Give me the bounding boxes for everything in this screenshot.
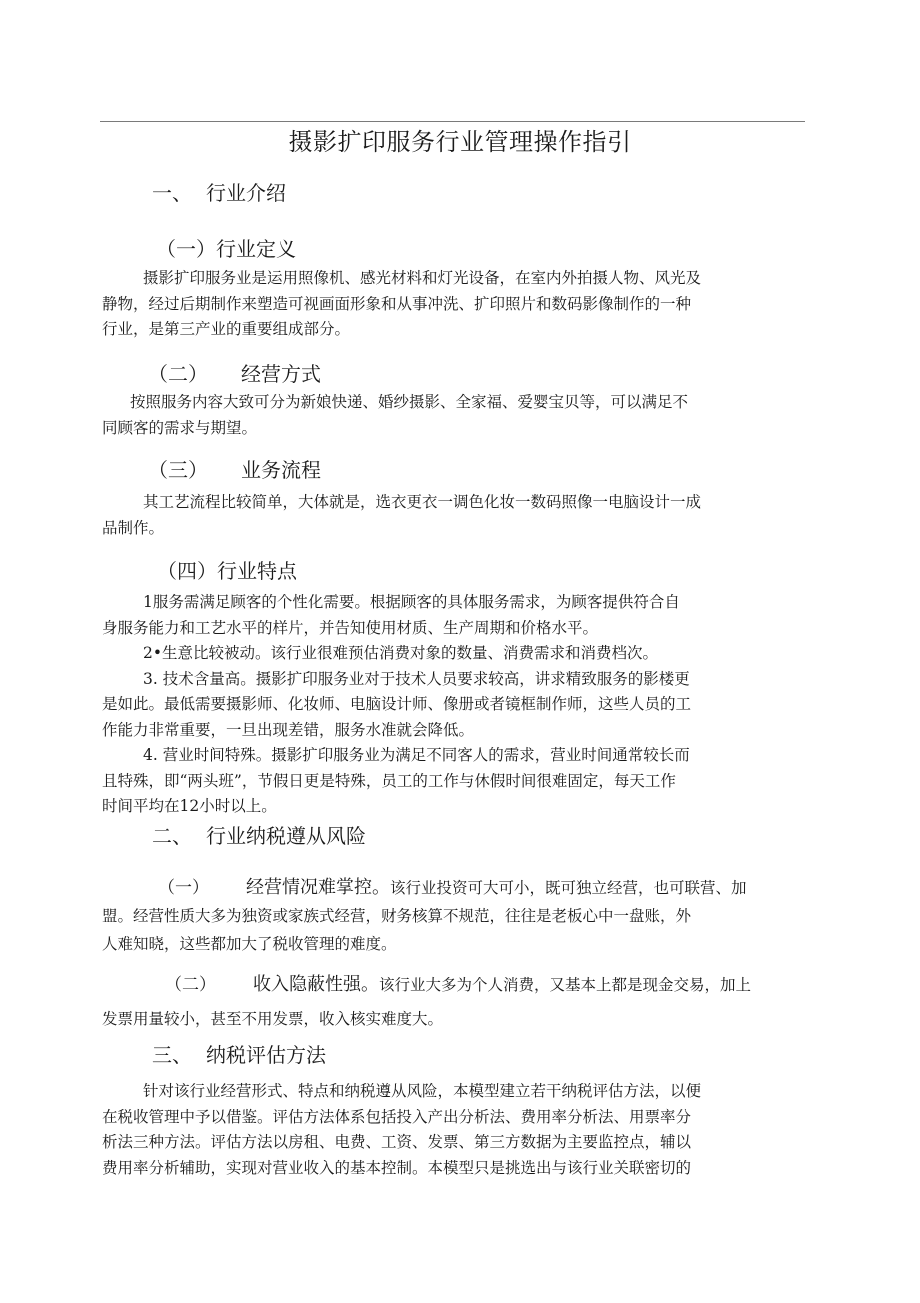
text-line: （一）经营情况难掌控。该行业投资可大可小，既可独立经营，也可联营、加 xyxy=(102,874,747,902)
feature-item-4-line: 时间平均在12小时以上。 xyxy=(102,794,691,820)
paragraph-risk-income: （二）收入隐蔽性强。该行业大多为个人消费，又基本上都是现金交易，加上 发票用量较… xyxy=(102,968,751,1036)
subsection-title: 经营方式 xyxy=(241,362,321,386)
feature-item-4-line: 且特殊，即“两头班”，节假日更是特殊，员工的工作与休假时间很难固定，每天工作 xyxy=(102,769,691,795)
section-title: 行业纳税遵从风险 xyxy=(206,824,366,848)
section-number: 二、 xyxy=(152,822,206,850)
subsection-number: （一） xyxy=(156,235,216,263)
text-line: 品制作。 xyxy=(102,516,701,542)
subsection-title: 业务流程 xyxy=(241,458,321,482)
feature-item-2-line: 2•生意比较被动。该行业很难预估消费对象的数量、消费需求和消费档次。 xyxy=(102,641,691,667)
text-line: 其工艺流程比较简单，大体就是，选衣更衣一调色化妆一数码照像一电脑设计一成 xyxy=(102,490,701,516)
subsection-number: （一） xyxy=(158,874,246,902)
section-number: 一、 xyxy=(152,179,206,207)
subsection-1-2-heading: （二）经营方式 xyxy=(148,360,321,388)
section-number: 三、 xyxy=(152,1041,206,1069)
paragraph-risk-operation: （一）经营情况难掌控。该行业投资可大可小，既可独立经营，也可联营、加 盟。经营性… xyxy=(102,874,747,958)
feature-item-3-line: 是如此。最低需要摄影师、化妆师、电脑设计师、像册或者镜框制作师，这些人员的工 xyxy=(102,692,691,718)
feature-item-1-line: 1服务需满足顾客的个性化需要。根据顾客的具体服务需求，为顾客提供符合自 xyxy=(102,590,691,616)
text-line: 费用率分析辅助，实现对营业收入的基本控制。本模型只是挑选出与该行业关联密切的 xyxy=(102,1156,701,1182)
page-top-rule xyxy=(100,121,805,122)
feature-item-3-line: 作能力非常重要，一旦出现差错，服务水准就会降低。 xyxy=(102,718,691,744)
feature-item-1-line: 身服务能力和工艺水平的样片，并告知使用材质、生产周期和价格水平。 xyxy=(102,616,691,642)
paragraph-business-mode: 按照服务内容大致可分为新娘快递、婚纱摄影、全家福、爱婴宝贝等，可以满足不 同顾客… xyxy=(102,390,688,441)
list-industry-features: 1服务需满足顾客的个性化需要。根据顾客的具体服务需求，为顾客提供符合自 身服务能… xyxy=(102,590,691,820)
subsection-lead: 经营情况难掌控。 xyxy=(246,877,390,898)
subsection-1-3-heading: （三）业务流程 xyxy=(148,456,321,484)
text-line: 按照服务内容大致可分为新娘快递、婚纱摄影、全家福、爱婴宝贝等，可以满足不 xyxy=(102,390,688,416)
section-2-heading: 二、行业纳税遵从风险 xyxy=(152,822,366,850)
subsection-1-1-heading: （一）行业定义 xyxy=(156,235,296,263)
paragraph-assessment-methods: 针对该行业经营形式、特点和纳税遵从风险，本模型建立若干纳税评估方法，以便 在税收… xyxy=(102,1079,701,1181)
paragraph-industry-definition: 摄影扩印服务业是运用照像机、感光材料和灯光设备，在室内外拍摄人物、风光及 静物，… xyxy=(102,266,701,343)
subsection-title: 行业定义 xyxy=(216,237,296,261)
section-1-heading: 一、行业介绍 xyxy=(152,179,286,207)
subsection-title: 行业特点 xyxy=(217,559,297,583)
text-line: 摄影扩印服务业是运用照像机、感光材料和灯光设备，在室内外拍摄人物、风光及 xyxy=(102,266,701,292)
subsection-lead: 收入隐蔽性强。 xyxy=(253,974,379,995)
text-line: 在税收管理中予以借鉴。评估方法体系包括投入产出分析法、费用率分析法、用票率分 xyxy=(102,1105,701,1131)
paragraph-business-process: 其工艺流程比较简单，大体就是，选衣更衣一调色化妆一数码照像一电脑设计一成 品制作… xyxy=(102,490,701,541)
text-line: 人难知晓，这些都加大了税收管理的难度。 xyxy=(102,930,747,958)
text-line: 析法三种方法。评估方法以房租、电费、工资、发票、第三方数据为主要监控点，辅以 xyxy=(102,1130,701,1156)
document-title: 摄影扩印服务行业管理操作指引 xyxy=(0,126,920,158)
feature-item-4-line: 4. 营业时间特殊。摄影扩印服务业为满足不同客人的需求，营业时间通常较长而 xyxy=(102,743,691,769)
subsection-number: （二） xyxy=(148,360,241,388)
text-line: 盟。经营性质大多为独资或家族式经营，财务核算不规范，往往是老板心中一盘账，外 xyxy=(102,902,747,930)
text-line: 行业，是第三产业的重要组成部分。 xyxy=(102,317,701,343)
subsection-1-4-heading: （四）行业特点 xyxy=(157,557,297,585)
feature-item-3-line: 3. 技术含量高。摄影扩印服务业对于技术人员要求较高，讲求精致服务的影楼更 xyxy=(102,667,691,693)
subsection-number: （二） xyxy=(165,968,253,1002)
text-line: 发票用量较小，甚至不用发票，收入核实难度大。 xyxy=(102,1002,751,1036)
subsection-number: （三） xyxy=(148,456,241,484)
subsection-number: （四） xyxy=(157,557,217,585)
section-title: 行业介绍 xyxy=(206,181,286,205)
text-line: 针对该行业经营形式、特点和纳税遵从风险，本模型建立若干纳税评估方法，以便 xyxy=(102,1079,701,1105)
section-3-heading: 三、纳税评估方法 xyxy=(152,1041,326,1069)
text-line: （二）收入隐蔽性强。该行业大多为个人消费，又基本上都是现金交易，加上 xyxy=(102,968,751,1002)
text-line: 静物，经过后期制作来塑造可视画面形象和从事冲洗、扩印照片和数码影像制作的一种 xyxy=(102,292,701,318)
section-title: 纳税评估方法 xyxy=(206,1043,326,1067)
text-line: 同顾客的需求与期望。 xyxy=(102,416,688,442)
